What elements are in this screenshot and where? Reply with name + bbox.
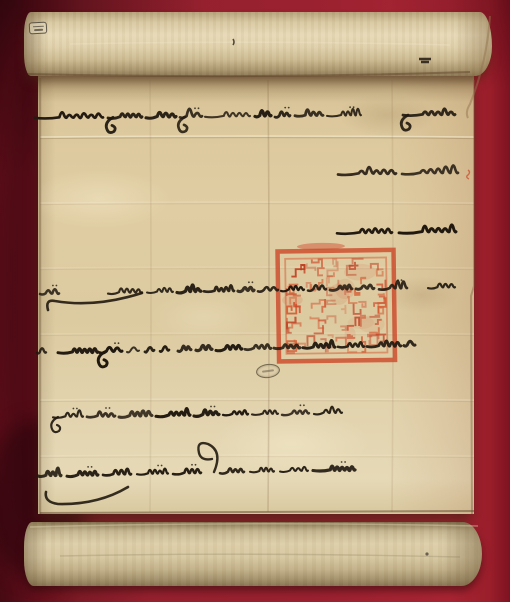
inventory-stamp-text-line <box>34 29 43 31</box>
inventory-stamp <box>29 22 48 35</box>
scroll-sheet <box>38 76 474 514</box>
inventory-stamp-text-line <box>33 25 44 27</box>
scroll-bottom-roll <box>24 522 482 586</box>
museum-scroll-photo <box>0 0 510 602</box>
scroll-top-roll <box>24 12 492 76</box>
